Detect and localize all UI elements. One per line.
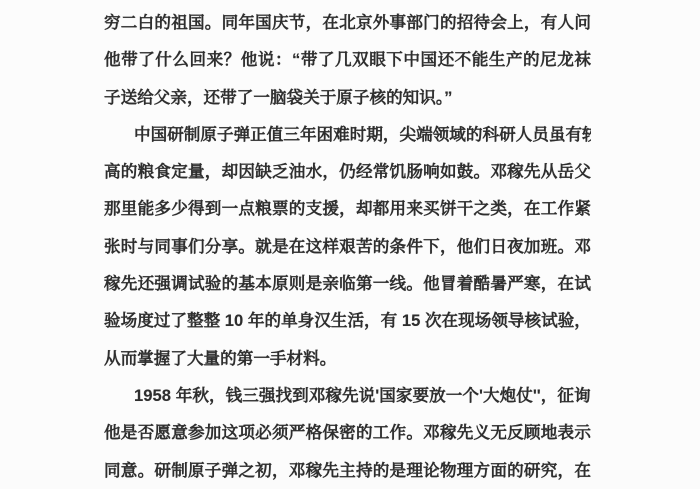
text-line-08: 稼先还强调试验的基本原则是亲临第一线。他冒着酷暑严寒，在试 [104,265,591,302]
text-line-04: 中国研制原子弹正值三年困难时期，尖端领域的科研人员虽有较 [104,116,591,153]
text-line-05: 高的粮食定量，却因缺乏油水，仍经常饥肠响如鼓。邓稼先从岳父 [104,153,591,190]
text-line-13: 同意。研制原子弹之初，邓稼先主持的是理论物理方面的研究，在 [104,452,591,470]
text-line-06: 那里能多少得到一点粮票的支援，却都用来买饼干之类，在工作紧 [104,190,591,227]
text-line-03: 子送给父亲，还带了一脑袋关于原子核的知识。” [104,79,591,116]
text-line-11: 1958 年秋，钱三强找到邓稼先说'国家要放一个'大炮仗''，征询 [104,377,591,414]
text-line-09: 验场度过了整整 10 年的单身汉生活，有 15 次在现场领导核试验， [104,302,591,339]
text-line-02: 他带了什么回来？他说：“带了几双眼下中国还不能生产的尼龙袜 [104,41,591,78]
text-column: 穷二白的祖国。同年国庆节，在北京外事部门的招待会上，有人问 他带了什么回来？他说… [104,4,591,470]
text-line-10: 从而掌握了大量的第一手材料。 [104,340,591,377]
text-line-07: 张时与同事们分享。就是在这样艰苦的条件下，他们日夜加班。邓 [104,228,591,265]
document-page: 穷二白的祖国。同年国庆节，在北京外事部门的招待会上，有人问 他带了什么回来？他说… [0,0,700,470]
text-line-12: 他是否愿意参加这项必须严格保密的工作。邓稼先义无反顾地表示 [104,414,591,451]
text-line-01: 穷二白的祖国。同年国庆节，在北京外事部门的招待会上，有人问 [104,4,591,41]
